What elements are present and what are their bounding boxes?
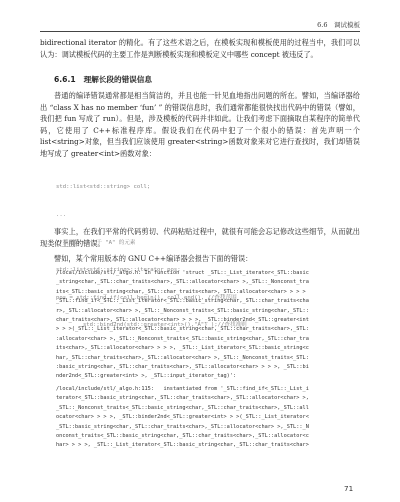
error-line: onconst_traits<_STL::basic_string<char,_… xyxy=(56,432,356,441)
header-rule xyxy=(40,31,360,32)
error-line: char_traits<char>,_STL::allocator<char> … xyxy=(56,316,356,325)
running-head: 6.6 调试模板 xyxy=(40,20,360,29)
error-line: ocator<char> > > >, _STL::binder2nd<_STL… xyxy=(56,413,356,422)
error-line: har> > > >, _STL::_List_iterator<_STL::b… xyxy=(56,441,356,450)
error-line: _STL::basic_string<char,_STL::char_trait… xyxy=(56,423,356,432)
error-line: terator<_STL::basic_string<char,_STL::ch… xyxy=(56,394,356,403)
error-line: /local/include/stl/_algo.h:115: instanti… xyxy=(56,385,356,394)
error-line: its<_STL::basic_string<char,_STL::char_t… xyxy=(56,288,356,297)
error-line: _string<char,_STL::char_traits<char>,_ST… xyxy=(56,278,356,287)
error-line: har,_STL::char_traits<char>,_STL::alloca… xyxy=(56,354,356,363)
error-line: nder2nd<_STL::greater<int> >, _STL::inpu… xyxy=(56,372,356,381)
error-line: :allocator<char> >,_STL::_Nonconst_trait… xyxy=(56,335,356,344)
section-number: 6.6.1 xyxy=(54,75,76,84)
error-line: :basic_string<char,_STL::char_traits<cha… xyxy=(56,363,356,372)
page-number: 71 xyxy=(344,484,353,493)
error-line: /local/include/stl/_algo.h: In function … xyxy=(56,269,356,278)
section-title: 理解长段的错误信息 xyxy=(84,75,152,84)
paragraph-3: 譬如，某个常用版本的 GNU C++编译器会报告下面的错误： xyxy=(40,253,360,265)
compiler-error-output: /local/include/stl/_algo.h: In function … xyxy=(56,269,356,451)
section-heading: 6.6.1理解长段的错误信息 xyxy=(54,74,152,85)
paragraph-1: 普通的编译错误通常都是相当简洁的，并且也能一针见血地指出问题的所在。譬如，当编译… xyxy=(40,90,360,159)
code-line: std::list<std::string> coll; xyxy=(56,183,356,192)
error-line: > > >(_STL::_List_iterator<_STL::basic_s… xyxy=(56,325,356,334)
error-line: its<char>,_STL::allocator<char> > > >, _… xyxy=(56,344,356,353)
intro-paragraph: bidirectional iterator 的精化。有了这些术语之后，在模板实… xyxy=(40,37,360,60)
paragraph-2: 事实上，在我们平常的代码剪切、代码粘贴过程中，就很有可能会忘记修改这些细节，从而… xyxy=(40,226,360,249)
error-line: _STL::find_if<_STL::_List_iterator<_STL:… xyxy=(56,297,356,306)
error-line: _STL::_Nonconst_traits<_STL::basic_strin… xyxy=(56,404,356,413)
code-line: ... xyxy=(56,211,356,220)
error-line: r>,_STL::allocator<char> >,_STL::_Noncon… xyxy=(56,307,356,316)
